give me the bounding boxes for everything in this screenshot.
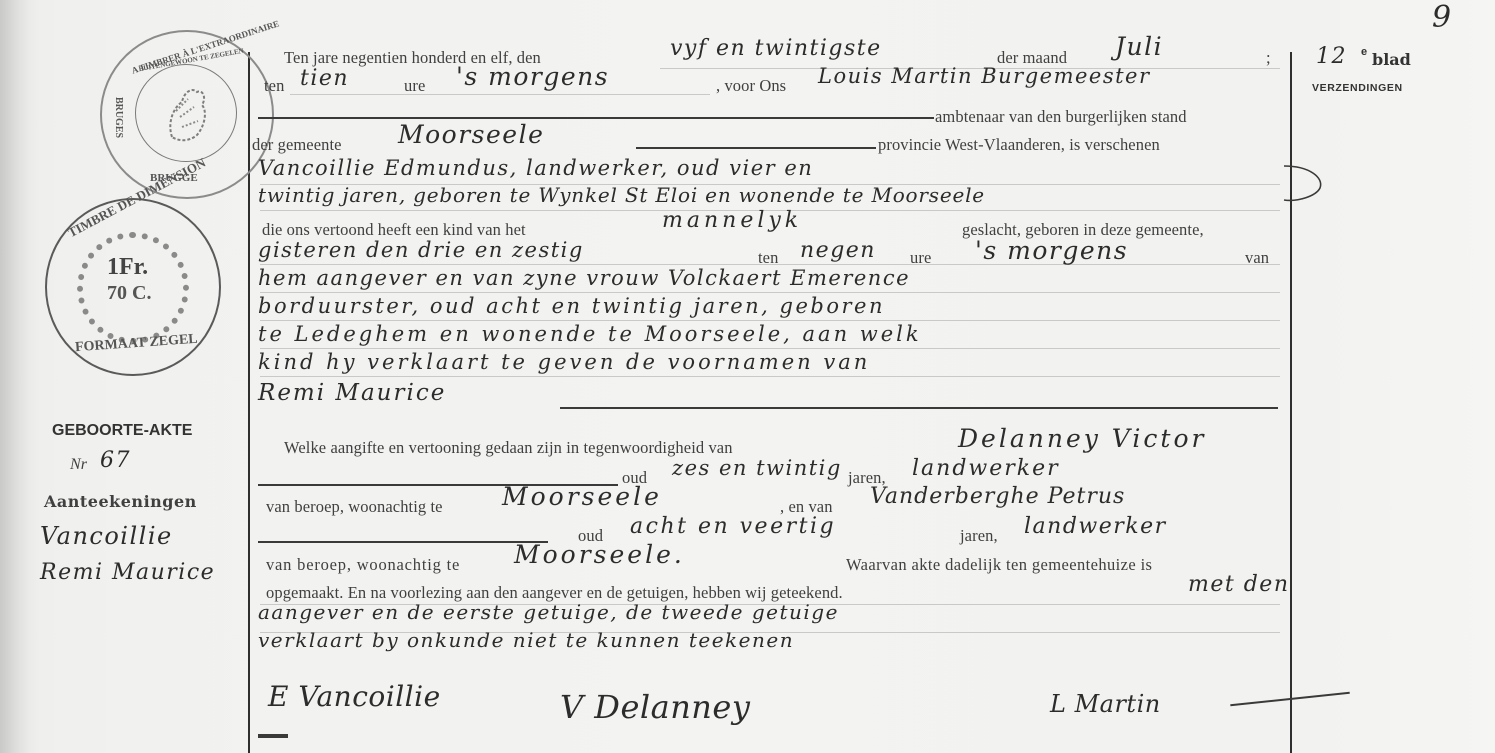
right-frame-rule: [1290, 52, 1292, 753]
binding-shadow: [0, 0, 28, 753]
province-label: provincie West-Vlaanderen, is verschenen: [878, 135, 1160, 155]
registrar-label: ambtenaar van den burgerlijken stand: [935, 107, 1187, 127]
annotation-surname: Vancoillie: [40, 522, 173, 550]
municipality-label: der gemeente: [252, 135, 342, 155]
dimension-stamp-value-fr: 1Fr.: [107, 254, 148, 281]
signature-witness: V Delanney: [560, 688, 750, 726]
signature-declarant: E Vancoillie: [268, 680, 441, 713]
hour-label: ure: [404, 76, 425, 96]
municipality-line-rule: [636, 147, 876, 149]
birth-certificate-title: GEBOORTE-AKTE: [52, 422, 192, 440]
dimension-stamp-bottom-text: FORMAAT ZEGEL: [75, 332, 199, 357]
line1-end: ;: [1266, 48, 1271, 68]
witness2-years-label: jaren,: [960, 526, 998, 546]
mother-line-3: te Ledeghem en wonende te Moorseele, aan…: [258, 322, 922, 346]
deed-drawn-up-label: Waarvan akte dadelijk ten gemeentehuize …: [846, 555, 1152, 575]
signature-end-rule: [258, 734, 288, 738]
witness2-name-rule: [258, 541, 548, 543]
annotations-label: Aanteekeningen: [44, 492, 197, 511]
birth-hour-handwritten: negen: [800, 238, 876, 263]
before-us-label: , voor Ons: [716, 76, 786, 96]
hour-prefix: ten: [264, 76, 284, 96]
bracket-loop-icon: [1280, 160, 1330, 210]
birth-time-handwritten: 's morgens: [975, 236, 1128, 265]
verzendingen-heading: VERZENDINGEN: [1312, 82, 1403, 94]
lion-emblem-icon: [152, 77, 222, 149]
witness1-profession: landwerker: [912, 456, 1060, 481]
municipality-handwritten: Moorseele: [398, 120, 544, 149]
names-end-rule: [560, 407, 1278, 409]
guide-line: [260, 348, 1280, 349]
month-handwritten: Juli: [1115, 32, 1163, 61]
sex-handwritten: mannelyk: [662, 208, 802, 233]
witness2-age: acht en veertig: [630, 514, 836, 539]
witness1-residence: Moorseele: [502, 482, 662, 511]
certificate-number-value: 67: [100, 448, 131, 473]
birth-hour-label: ure: [910, 248, 931, 268]
guide-line: [290, 94, 710, 95]
dimension-stamp: TIMBRE DE DIMENSION FORMAAT ZEGEL 1Fr. 7…: [45, 198, 221, 376]
sheet-superscript: e: [1361, 46, 1367, 58]
guide-line: [260, 292, 1280, 293]
sheet-label: blad: [1372, 50, 1411, 69]
declarant-line-1: Vancoillie Edmundus, landwerker, oud vie…: [258, 156, 813, 180]
birth-hour-prefix: ten: [758, 248, 778, 268]
declarant-line-2: twintig jaren, geboren te Wynkel St Eloi…: [258, 183, 985, 207]
certificate-number-label: Nr: [70, 456, 87, 474]
witness1-age: zes en twintig: [672, 456, 842, 480]
witness-intro: Welke aangifte en vertooning gedaan zijn…: [284, 438, 733, 458]
witness1-residence-label: van beroep, woonachtig te: [266, 497, 443, 517]
closing-hand-1: met den: [1188, 572, 1290, 597]
dry-stamp-left-text: BRUGES: [113, 97, 124, 138]
witness2-profession: landwerker: [1024, 514, 1167, 539]
mother-line-1: hem aangever en van zyne vrouw Volckaert…: [258, 266, 910, 290]
guide-line: [260, 320, 1280, 321]
birth-date-handwritten: gisteren den drie en zestig: [258, 238, 584, 262]
closing-hand-2: aangever en de eerste getuige, de tweede…: [258, 600, 839, 624]
given-names-line: kind hy verklaart te geven de voornamen …: [258, 350, 870, 374]
hour-handwritten: tien: [300, 66, 349, 91]
dimension-stamp-value-c: 70 C.: [107, 282, 151, 305]
birth-from-label: van: [1245, 248, 1269, 268]
time-of-day-handwritten: 's morgens: [456, 62, 609, 91]
witness2-residence-label: van beroep, woonachtig te: [266, 555, 460, 575]
witness2-residence: Moorseele.: [514, 540, 685, 569]
witness2-name: Vanderberghe Petrus: [870, 484, 1125, 509]
page-number-handwritten: 9: [1432, 0, 1453, 35]
official-name-handwritten: Louis Martin Burgemeester: [818, 64, 1151, 88]
document-page: A TIMBRER À L'EXTRAORDINAIRE BUITENGEWOO…: [0, 0, 1495, 753]
given-names-value: Remi Maurice: [258, 380, 446, 406]
sheet-number: 12: [1316, 44, 1347, 69]
official-line-rule: [258, 117, 934, 119]
annotation-given-names: Remi Maurice: [40, 560, 215, 585]
mother-line-2: borduurster, oud acht en twintig jaren, …: [258, 294, 885, 318]
signature-official: L Martin: [1050, 690, 1161, 718]
day-handwritten: vyf en twintigste: [670, 36, 882, 61]
closing-hand-3: verklaart by onkunde niet te kunnen teek…: [258, 628, 794, 652]
witness1-name: Delanney Victor: [958, 424, 1206, 453]
child-shown-label: die ons vertoond heeft een kind van het: [262, 220, 526, 240]
guide-line: [260, 376, 1280, 377]
